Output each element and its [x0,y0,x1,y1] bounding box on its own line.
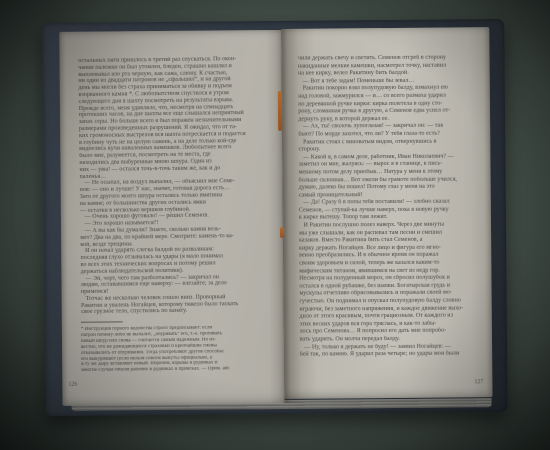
right-page-number: 127 [474,379,483,385]
text-line: многие случаи гибели рабочих в рудниках … [81,366,279,374]
left-page-footnote: * Инструкция горного ведомства строго пр… [81,325,280,375]
text-line: бей так, по камню. Я ударил раза четыре;… [300,351,480,360]
text-line: свое грузное тело, спустились по канату. [81,307,279,316]
open-book: остальных пяти пришлось в третий раз спу… [0,0,550,450]
book-photo: остальных пяти пришлось в третий раз спу… [0,0,550,450]
left-page-text: остальных пяти пришлось в третий раз спу… [78,56,279,317]
left-page-number: 126 [68,382,77,388]
left-page: остальных пяти пришлось в третий раз спу… [59,30,284,406]
footnote-divider [81,321,123,322]
right-page-text: чили держать свечу и светить. Семенов от… [298,54,480,359]
right-page: чили держать свечу и светить. Семенов от… [281,27,492,399]
